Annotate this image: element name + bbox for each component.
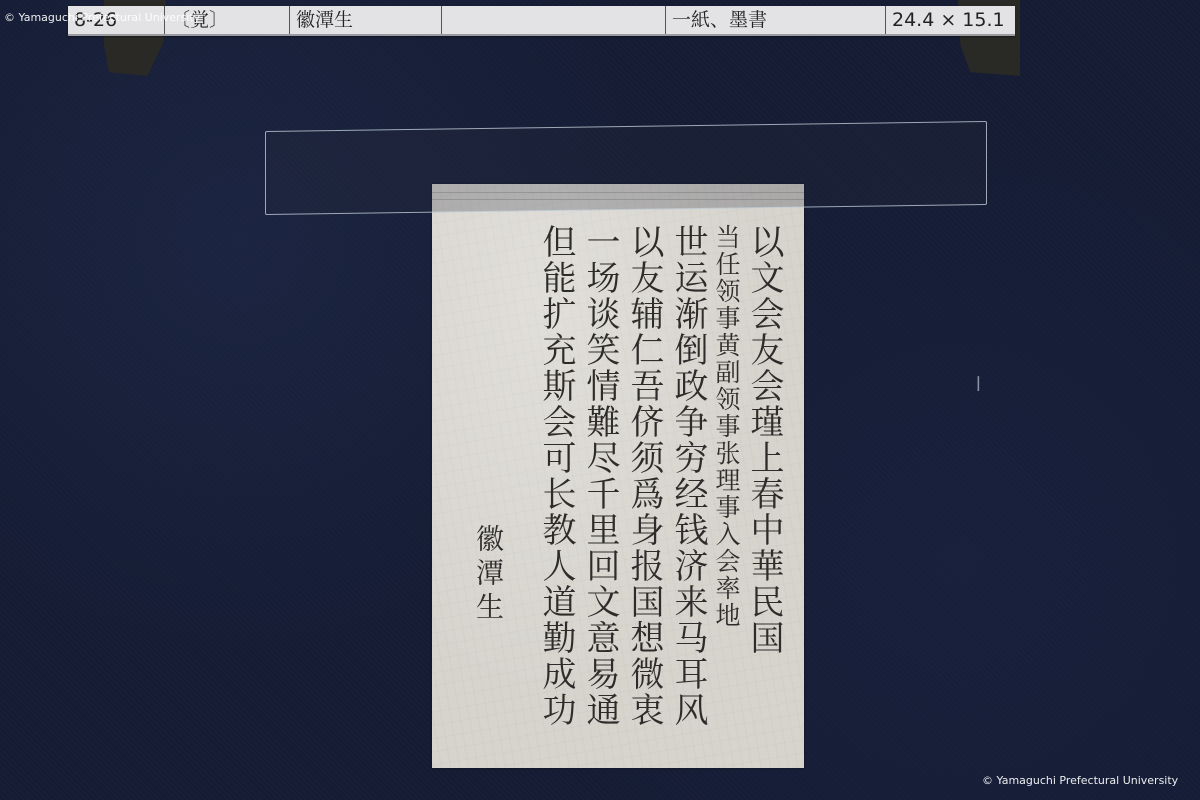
text-column: 以文会友会瑾上春中華民国	[742, 224, 786, 744]
catalog-label-strip: 8-26 〔覚〕 徽潭生 一紙、墨書 24.4 × 15.1	[68, 6, 1015, 36]
fiber-debris: ꟾ	[976, 376, 981, 396]
label-empty-field	[442, 6, 666, 34]
text-column: 当任领事黄副领事张理事入会率地	[710, 224, 742, 744]
label-dimensions: 24.4 × 15.1	[886, 6, 1015, 34]
text-column: 一场谈笑情難尽千里回文意易通	[578, 224, 622, 744]
copyright-watermark-top: © Yamaguchi Prefectural University	[4, 11, 200, 24]
calligraphy-text: 以文会友会瑾上春中華民国 当任领事黄副领事张理事入会率地 世运渐倒政争穷经钱济来…	[534, 224, 786, 744]
copyright-watermark-bottom: © Yamaguchi Prefectural University	[982, 774, 1178, 787]
text-column: 以友辅仁吾侪须爲身报国想微衷	[622, 224, 666, 744]
label-format: 一紙、墨書	[666, 6, 886, 34]
label-author: 徽潭生	[290, 6, 442, 34]
signature: 徽潭生	[468, 524, 508, 626]
text-column: 世运渐倒政争穷经钱济来马耳风	[666, 224, 710, 744]
text-column: 但能扩充斯会可长教人道勤成功	[534, 224, 578, 744]
glass-weight-bar	[265, 121, 987, 215]
calligraphy-document: 以文会友会瑾上春中華民国 当任领事黄副领事张理事入会率地 世运渐倒政争穷经钱济来…	[432, 184, 804, 768]
